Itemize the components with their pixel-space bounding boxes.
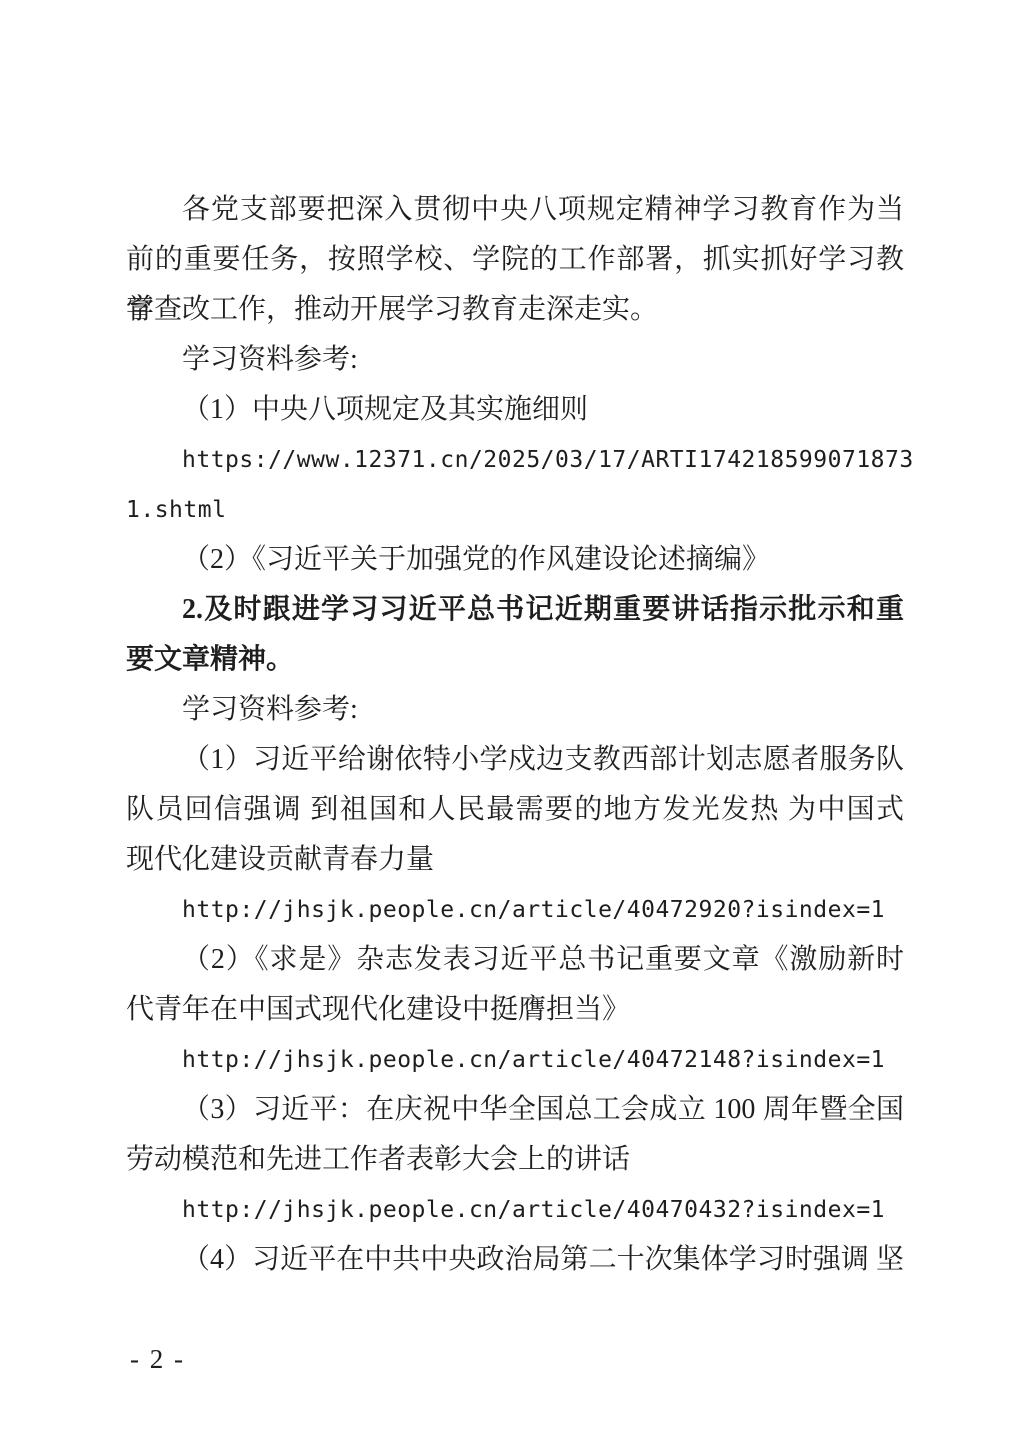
reference-item-line: （1）中央八项规定及其实施细则 [126,385,904,435]
reference-item-line: （3）习近平：在庆祝中华全国总工会成立 100 周年暨全国 [126,1085,904,1135]
paragraph-line: 前的重要任务，按照学校、学院的工作部署，抓实抓好学习教育 [126,235,904,285]
page-number: - 2 - [130,1334,185,1384]
reference-url: http://jhsjk.people.cn/article/40472148?… [126,1035,904,1085]
document-page: 各党支部要把深入贯彻中央八项规定精神学习教育作为当 前的重要任务，按照学校、学院… [0,0,1024,1448]
section-heading-line: 2.及时跟进学习习近平总书记近期重要讲话指示批示和重 [126,585,904,635]
reference-item-line: （2）《习近平关于加强党的作风建设论述摘编》 [126,535,904,585]
reference-item-line: （1）习近平给谢依特小学戍边支教西部计划志愿者服务队 [126,735,904,785]
document-body: 各党支部要把深入贯彻中央八项规定精神学习教育作为当 前的重要任务，按照学校、学院… [126,185,904,1285]
reference-item-line: （2）《求是》杂志发表习近平总书记重要文章《激励新时 [126,935,904,985]
reference-item-line: 代青年在中国式现代化建设中挺膺担当》 [126,985,904,1035]
reference-item-line: 队员回信强调 到祖国和人民最需要的地方发光发热 为中国式 [126,785,904,835]
reference-item-line: （4）习近平在中共中央政治局第二十次集体学习时强调 坚 [126,1235,904,1285]
reference-url: 1.shtml [126,485,904,535]
reference-url: http://jhsjk.people.cn/article/40472920?… [126,885,904,935]
section-heading-line: 要文章精神。 [126,635,904,685]
reference-url: http://jhsjk.people.cn/article/40470432?… [126,1185,904,1235]
reference-item-line: 现代化建设贡献青春力量 [126,835,904,885]
reference-url: https://www.12371.cn/2025/03/17/ARTI1742… [126,435,904,485]
reference-intro-line: 学习资料参考: [126,335,904,385]
paragraph-line: 各党支部要把深入贯彻中央八项规定精神学习教育作为当 [126,185,904,235]
paragraph-line: 学查改工作，推动开展学习教育走深走实。 [126,285,904,335]
reference-intro-line: 学习资料参考: [126,685,904,735]
reference-item-line: 劳动模范和先进工作者表彰大会上的讲话 [126,1135,904,1185]
